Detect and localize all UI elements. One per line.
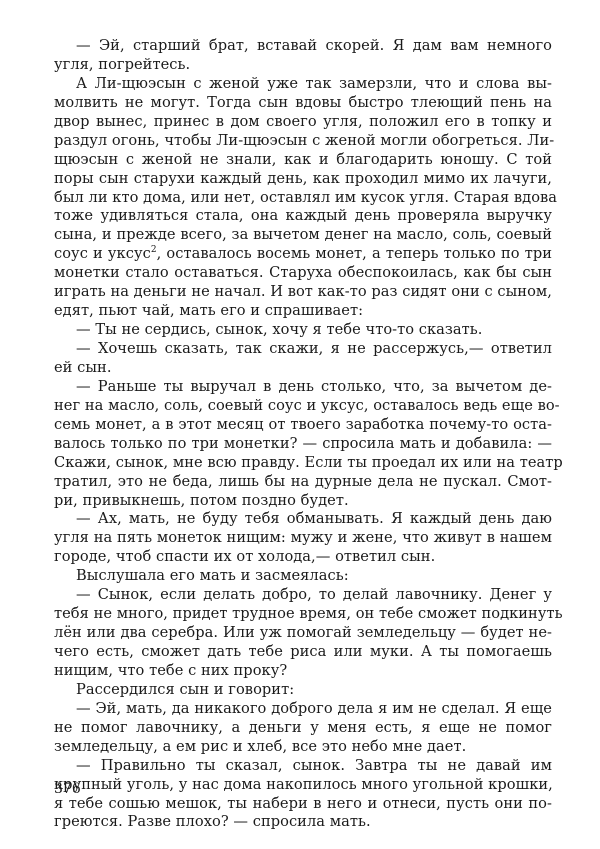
text-line: А Ли-щюэсын с женой уже так замерзли, чт… xyxy=(54,75,552,94)
text-line: — Правильно ты сказал, сынок. Завтра ты … xyxy=(54,757,552,776)
text-line: молвить не могут. Тогда сын вдовы быстро… xyxy=(54,94,552,113)
text-line: двор вынес, принес в дом своего угля, по… xyxy=(54,113,552,132)
text-line: монетки стало оставаться. Старуха обеспо… xyxy=(54,264,552,283)
text-line: крупный уголь, у нас дома накопилось мно… xyxy=(54,776,552,795)
text-line: поры сын старухи каждый день, как проход… xyxy=(54,170,552,189)
footnote-marker: 2 xyxy=(151,245,157,255)
text-line: не помог лавочнику, а деньги у меня есть… xyxy=(54,719,552,738)
text-line: угля на пять монеток нищим: мужу и жене,… xyxy=(54,529,552,548)
text-line: тоже удивляться стала, она каждый день п… xyxy=(54,207,552,226)
text-line: тебя не много, придет трудное время, он … xyxy=(54,605,552,624)
text-line: земледельцу, а ем рис и хлеб, все это не… xyxy=(54,738,552,757)
text-line: соус и уксус2, оставалось восемь монет, … xyxy=(54,245,552,264)
text-line: угля, погрейтесь. xyxy=(54,56,552,75)
text-line: ри, привыкнешь, потом поздно будет. xyxy=(54,492,552,511)
text-line: валось только по три монетки? — спросила… xyxy=(54,435,552,454)
text-line: — Эй, старший брат, вставай скорей. Я да… xyxy=(54,37,552,56)
text-line: — Хочешь сказать, так скажи, я не рассер… xyxy=(54,340,552,359)
text-line: едят, пьют чай, мать его и спрашивает: xyxy=(54,302,552,321)
text-line: раздул огонь, чтобы Ли-щюэсын с женой мо… xyxy=(54,132,552,151)
text-line: городе, чтоб спасти их от холода,— ответ… xyxy=(54,548,552,567)
text-line: тратил, это не беда, лишь бы на дурные д… xyxy=(54,473,552,492)
text-line: чего есть, сможет дать тебе риса или мук… xyxy=(54,643,552,662)
text-line: — Ах, мать, не буду тебя обманывать. Я к… xyxy=(54,510,552,529)
text-line: ей сын. xyxy=(54,359,552,378)
text-line: Скажи, сынок, мне всю правду. Если ты пр… xyxy=(54,454,552,473)
text-line: Рассердился сын и говорит: xyxy=(54,681,552,700)
text-line: я тебе сошью мешок, ты набери в него и о… xyxy=(54,795,552,814)
text-line: сына, и прежде всего, за вычетом денег н… xyxy=(54,226,552,245)
text-line: лён или два серебра. Или уж помогай земл… xyxy=(54,624,552,643)
page-body: — Эй, старший брат, вставай скорей. Я да… xyxy=(54,37,552,832)
text-line: был ли кто дома, или нет, оставлял им ку… xyxy=(54,189,552,208)
text-line: — Раньше ты выручал в день столько, что,… xyxy=(54,378,552,397)
page-number: 376 xyxy=(54,781,81,797)
text-line: щюэсын с женой не знали, как и благодари… xyxy=(54,151,552,170)
text-line: играть на деньги не начал. И вот как-то … xyxy=(54,283,552,302)
text-line: — Эй, мать, да никакого доброго дела я и… xyxy=(54,700,552,719)
text-line: — Ты не сердись, сынок, хочу я тебе что-… xyxy=(54,321,552,340)
text-line: греются. Разве плохо? — спросила мать. xyxy=(54,813,552,832)
text-line: семь монет, а в этот месяц от твоего зар… xyxy=(54,416,552,435)
text-line: Выслушала его мать и засмеялась: xyxy=(54,567,552,586)
text-line: нищим, что тебе с них проку? xyxy=(54,662,552,681)
text-line: — Сынок, если делать добро, то делай лав… xyxy=(54,586,552,605)
text-line: нег на масло, соль, соевый соус и уксус,… xyxy=(54,397,552,416)
